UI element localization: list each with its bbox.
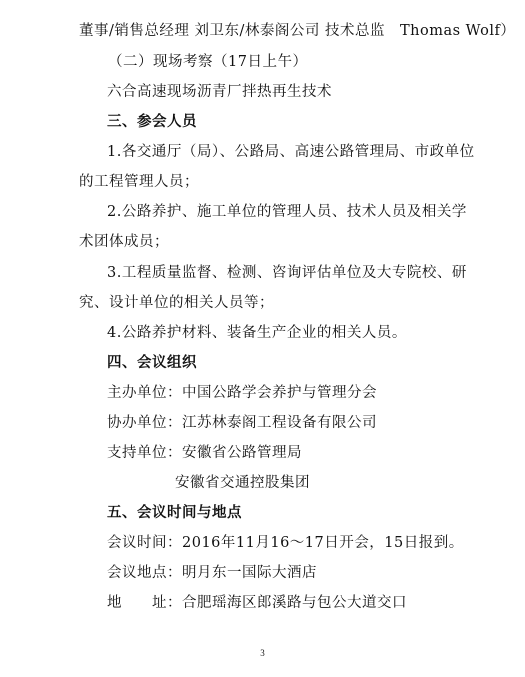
subsection-title-site-visit: （二）现场考察（17日上午） — [108, 52, 307, 72]
supporter-label: 支持单位： — [107, 443, 182, 463]
section-heading-organization: 四、会议组织 — [107, 353, 197, 373]
meeting-time-row: 会议时间：2016年11月16～17日开会，15日报到。 — [107, 533, 464, 553]
attendee-item-2-line-1: 2.公路养护、施工单位的管理人员、技术人员及相关学 — [107, 202, 467, 222]
section-heading-attendees: 三、参会人员 — [107, 112, 197, 132]
host-value: 中国公路学会养护与管理分会 — [182, 385, 377, 401]
attendee-item-3-line-2: 究、设计单位的相关人员等； — [79, 293, 274, 313]
speaker-line-continuation: 董事/销售总经理 刘卫东/林泰阁公司 技术总监 Thomas Wolf） — [79, 21, 515, 41]
supporter-value-1: 安徽省公路管理局 — [182, 445, 302, 461]
address-row: 地 址：合肥瑶海区郎溪路与包公大道交口 — [107, 593, 407, 613]
site-visit-description: 六合高速现场沥青厂拌热再生技术 — [107, 82, 332, 102]
meeting-time-label: 会议时间： — [107, 533, 182, 553]
address-value: 合肥瑶海区郎溪路与包公大道交口 — [182, 595, 407, 611]
attendee-item-3-line-1: 3.工程质量监督、检测、咨询评估单位及大专院校、研 — [107, 263, 467, 283]
supporter-row: 支持单位：安徽省公路管理局 — [107, 443, 302, 463]
host-label: 主办单位： — [107, 383, 182, 403]
page-number: 3 — [0, 648, 525, 658]
meeting-venue-value: 明月东一国际大酒店 — [182, 565, 317, 581]
attendee-item-2-line-2: 术团体成员； — [79, 232, 169, 252]
co-organizer-value: 江苏林泰阁工程设备有限公司 — [182, 415, 377, 431]
section-heading-time-place: 五、会议时间与地点 — [107, 503, 242, 523]
host-row: 主办单位：中国公路学会养护与管理分会 — [107, 383, 377, 403]
meeting-venue-row: 会议地点：明月东一国际大酒店 — [107, 563, 317, 583]
supporter-value-2: 安徽省交通控股集团 — [175, 473, 310, 493]
co-organizer-row: 协办单位：江苏林泰阁工程设备有限公司 — [107, 413, 377, 433]
attendee-item-4: 4.公路养护材料、装备生产企业的相关人员。 — [107, 323, 407, 343]
meeting-time-value: 2016年11月16～17日开会，15日报到。 — [182, 535, 464, 551]
attendee-item-1-line-2: 的工程管理人员； — [79, 172, 199, 192]
attendee-item-1-line-1: 1.各交通厅（局）、公路局、高速公路管理局、市政单位 — [107, 142, 475, 162]
address-label: 地 址： — [107, 593, 182, 613]
meeting-venue-label: 会议地点： — [107, 563, 182, 583]
co-organizer-label: 协办单位： — [107, 413, 182, 433]
